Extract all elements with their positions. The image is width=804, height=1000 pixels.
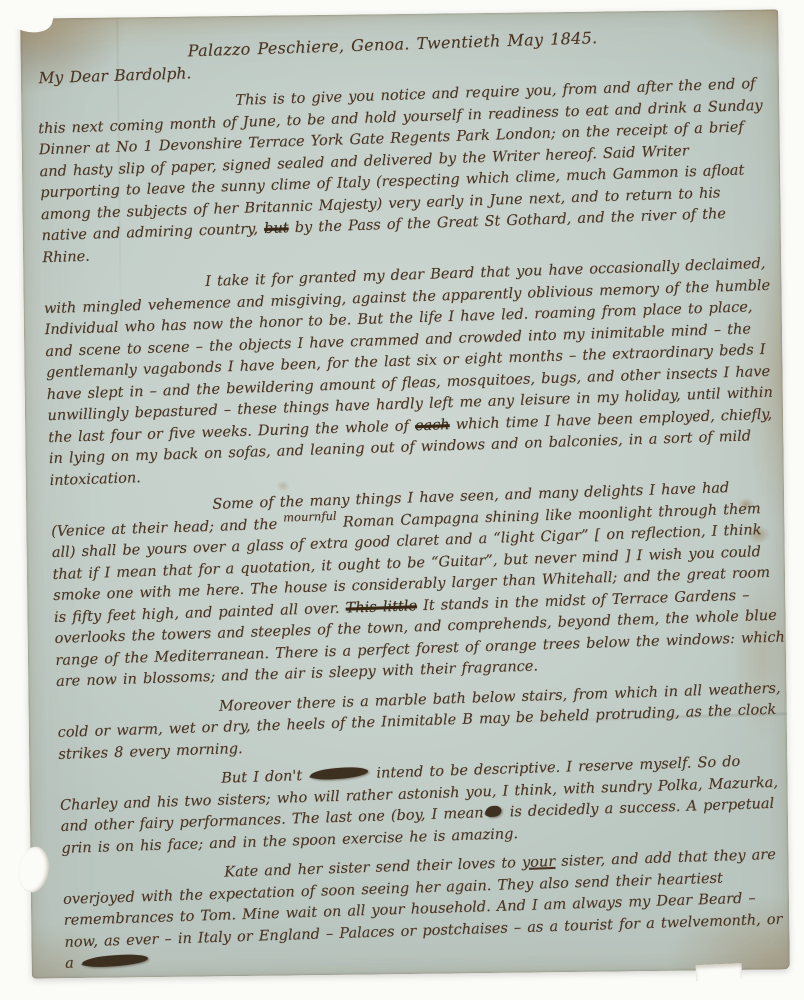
letter-text-segment: intend to be descriptive. I reserve myse… <box>60 754 778 835</box>
letter-text-segment: But I don't <box>221 768 309 787</box>
ink-blot <box>310 766 369 780</box>
letter-text-segment: Moreover there is a marble bath below st… <box>57 680 780 762</box>
letter-body: This is to give you notice and require y… <box>37 74 795 976</box>
letter-text-segment: It stands in the midst of Terrace Garden… <box>54 587 785 690</box>
paper-corner-tear <box>7 1 54 37</box>
letter-text-segment: Kate and her sister send their loves to <box>224 855 522 881</box>
letter-paragraph: Some of the many things I have seen, and… <box>50 476 786 693</box>
letter-text-segment: each <box>415 417 450 434</box>
letter-paper: Palazzo Peschiere, Genoa. Twentieth May … <box>20 9 790 978</box>
letter-paragraph: This is to give you notice and require y… <box>37 74 772 269</box>
letter-text-segment: This little <box>345 598 417 616</box>
ink-blot <box>485 805 502 817</box>
letter-paragraph: But I don't intend to be descriptive. I … <box>59 750 791 860</box>
letter-text-segment: mournful <box>283 505 337 528</box>
letter-paragraph: Kate and her sister send their loves to … <box>62 844 795 975</box>
letter-scan: Palazzo Peschiere, Genoa. Twentieth May … <box>0 0 804 1000</box>
letter-paragraph: I take it for granted my dear Beard that… <box>43 254 780 492</box>
letter-text-segment: but <box>264 220 289 237</box>
letter-paragraph: Moreover there is a marble bath below st… <box>57 678 789 766</box>
ink-blot <box>82 953 149 968</box>
paper-edge-notch <box>696 963 743 981</box>
letter-content: Palazzo Peschiere, Genoa. Twentieth May … <box>35 22 795 984</box>
letter-text-segment: your <box>522 854 556 871</box>
paper-edge-chip <box>15 844 52 894</box>
